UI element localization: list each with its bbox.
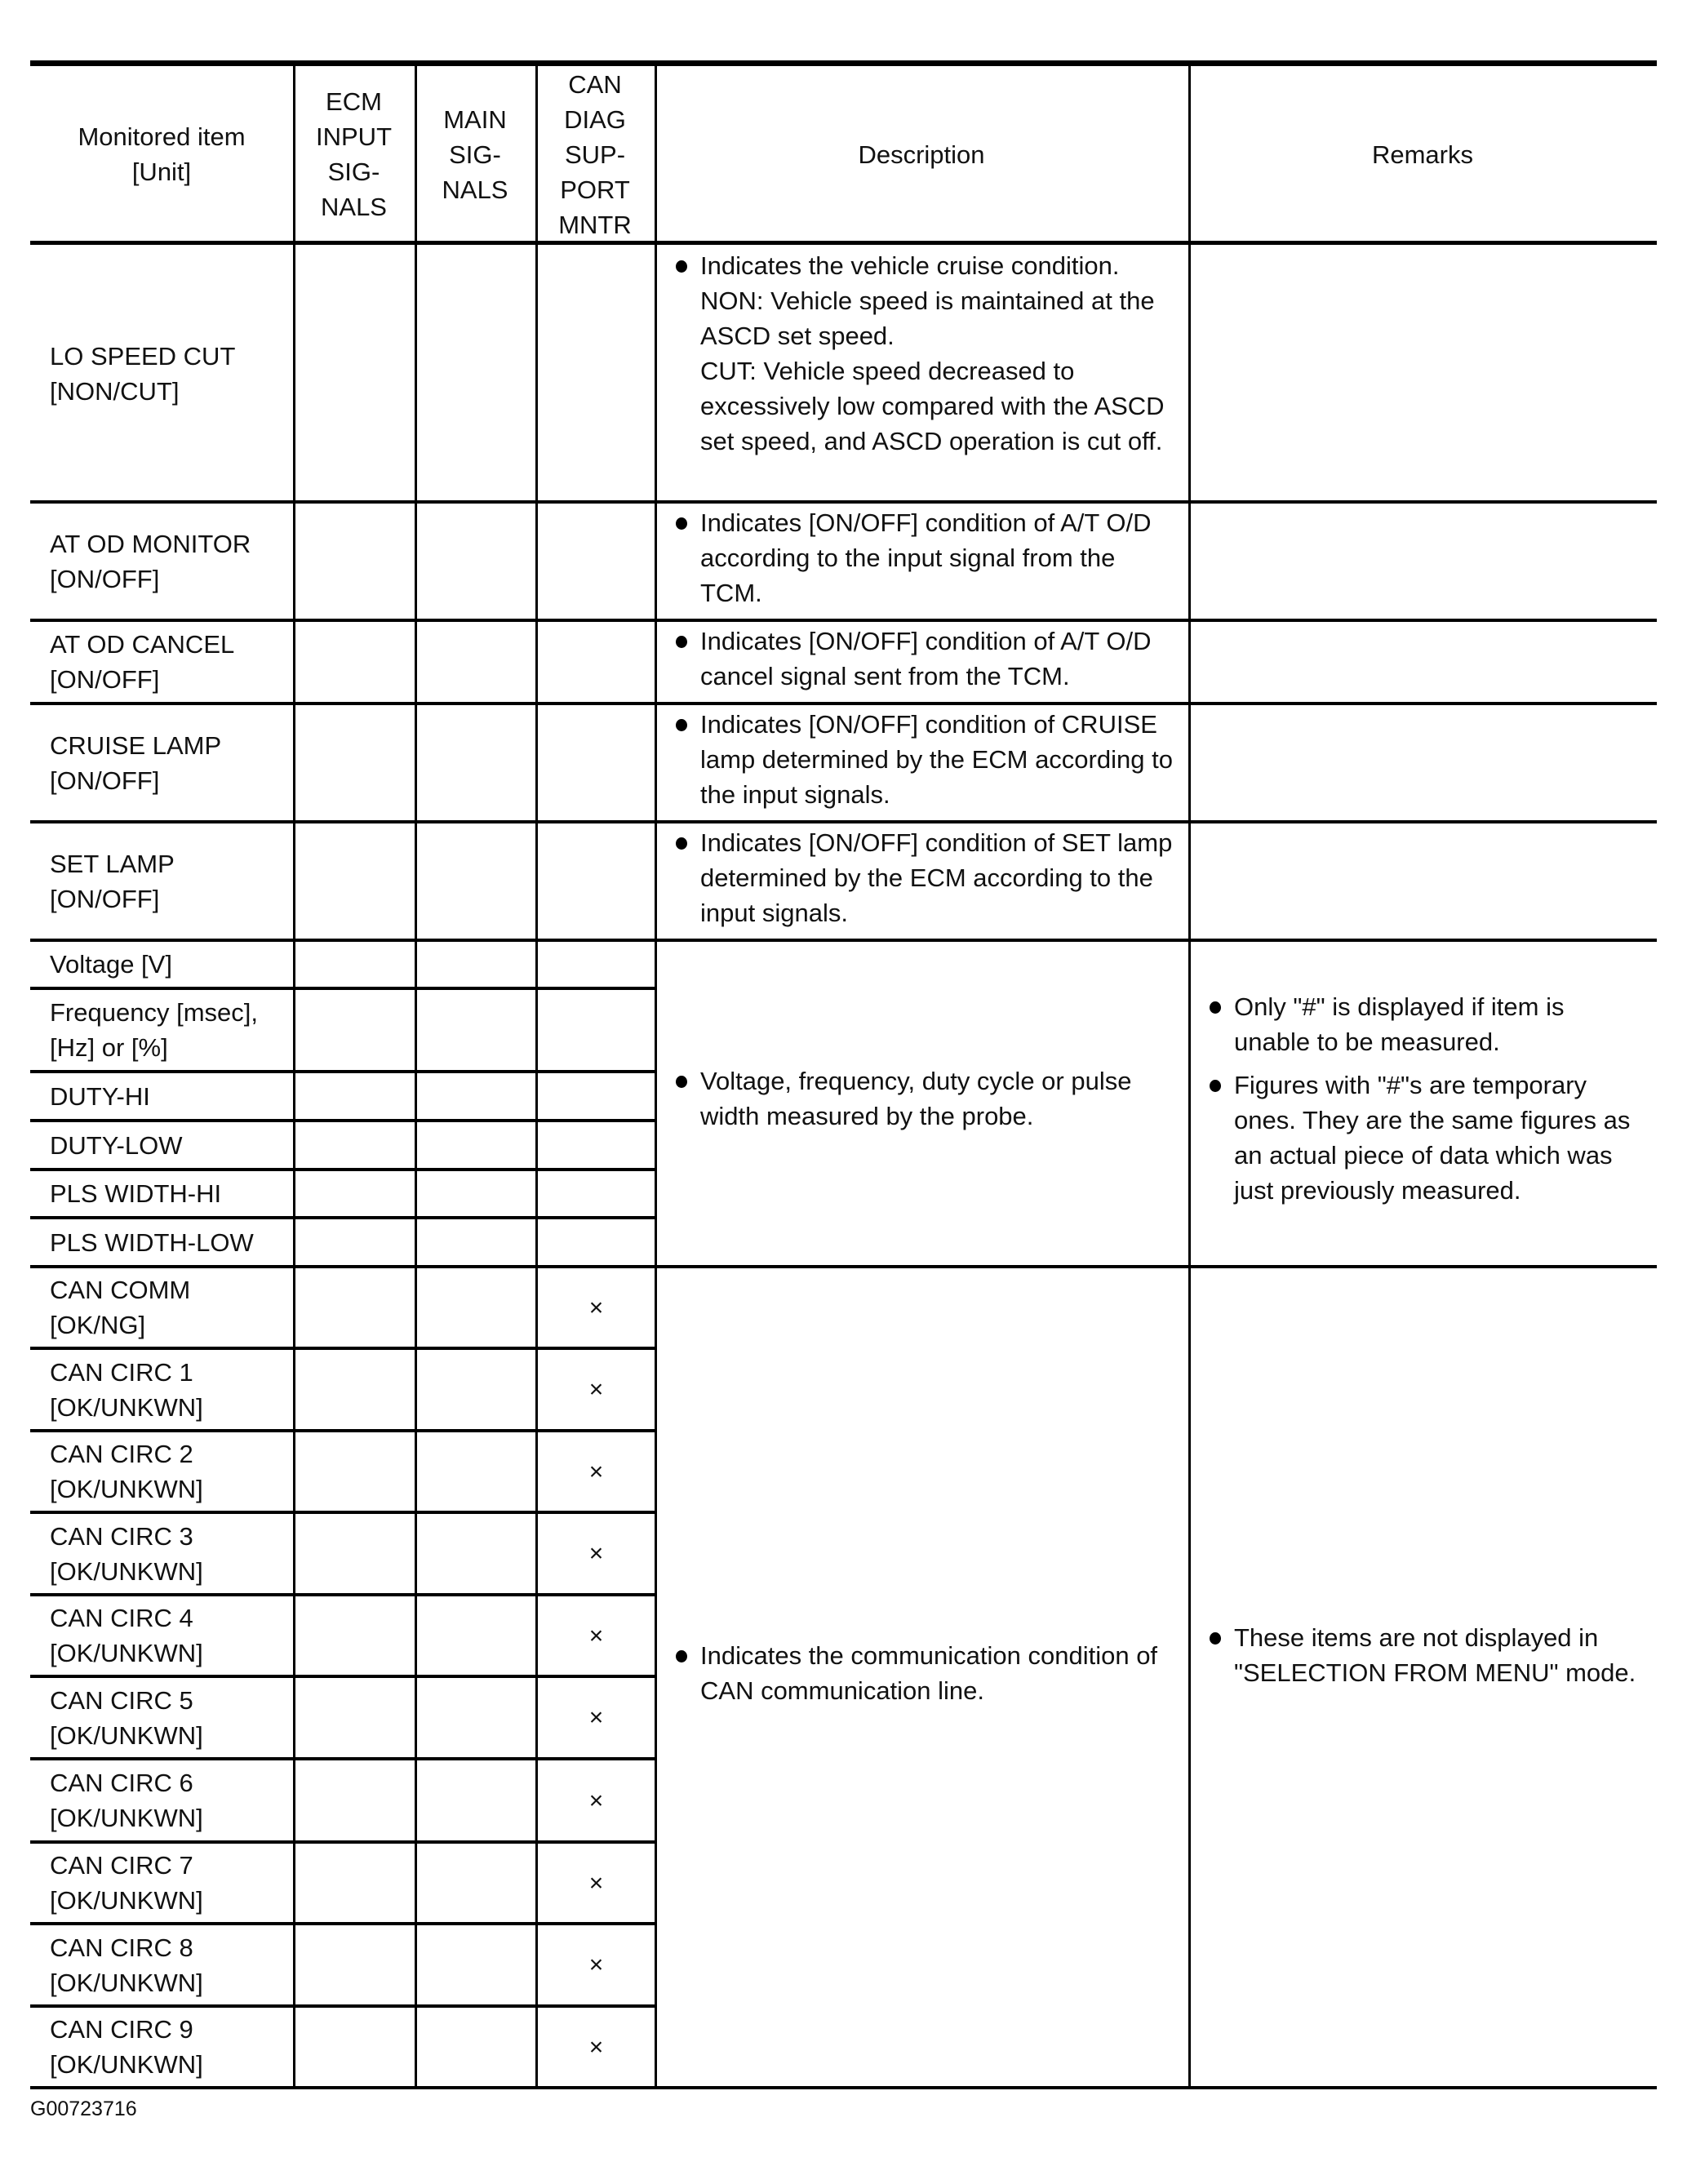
- header-remarks: Remarks: [1188, 65, 1657, 243]
- monitored-item-label: CRUISE LAMP [ON/OFF]: [50, 728, 221, 798]
- header-label: MAIN SIG- NALS: [442, 102, 508, 207]
- can-support-mark: [538, 1219, 655, 1265]
- description-bullet: Indicates [ON/OFF] condition of A/T O/D …: [673, 505, 1177, 610]
- main-support-mark: [417, 1073, 535, 1119]
- main-support-mark: [417, 1514, 535, 1593]
- can-support-mark: ×: [538, 1925, 655, 2004]
- main-support-mark: [417, 705, 535, 820]
- remark-bullet: These items are not displayed in "SELECT…: [1206, 1620, 1645, 1690]
- description-cruise-lamp: Indicates [ON/OFF] condition of CRUISE l…: [655, 707, 1188, 820]
- main-support-mark: [417, 1678, 535, 1757]
- table-row-item: AT OD CANCEL [ON/OFF]: [30, 622, 293, 702]
- table-row-item: PLS WIDTH-LOW: [30, 1219, 293, 1265]
- main-support-mark: [417, 2008, 535, 2086]
- description-detail-non: NON: Vehicle speed is maintained at the …: [673, 283, 1177, 353]
- description-bullet: Voltage, frequency, duty cycle or pulse …: [673, 1063, 1177, 1134]
- description-probe-group: Voltage, frequency, duty cycle or pulse …: [655, 1063, 1188, 1145]
- monitored-item-label: CAN CIRC 4 [OK/UNKWN]: [50, 1600, 203, 1671]
- can-support-mark: [538, 705, 655, 820]
- monitored-item-label: Voltage [V]: [50, 947, 172, 982]
- ecm-support-mark: [295, 990, 415, 1070]
- can-support-mark: [538, 622, 655, 702]
- table-row-item: LO SPEED CUT [NON/CUT]: [30, 246, 293, 500]
- description-bullet: Indicates the vehicle cruise condition.: [673, 248, 1177, 283]
- can-support-mark: [538, 1171, 655, 1216]
- table-row-item: CAN CIRC 8 [OK/UNKWN]: [30, 1925, 293, 2004]
- ecm-support-mark: [295, 1432, 415, 1511]
- can-support-mark: ×: [538, 1514, 655, 1593]
- main-support-mark: [417, 622, 535, 702]
- monitored-item-label: CAN CIRC 6 [OK/UNKWN]: [50, 1765, 203, 1836]
- header-label: ECM INPUT SIG- NALS: [316, 84, 392, 224]
- table-row-item: CAN CIRC 6 [OK/UNKWN]: [30, 1760, 293, 1840]
- main-support-mark: [417, 1844, 535, 1922]
- ecm-support-mark: [295, 1350, 415, 1429]
- header-label: CAN DIAG SUP- PORT MNTR: [558, 67, 632, 242]
- description-bullet: Indicates [ON/OFF] condition of A/T O/D …: [673, 624, 1177, 694]
- monitored-item-label: CAN COMM [OK/NG]: [50, 1272, 190, 1343]
- table-row-item: CAN CIRC 3 [OK/UNKWN]: [30, 1514, 293, 1593]
- table-row-item: CAN CIRC 1 [OK/UNKWN]: [30, 1350, 293, 1429]
- can-support-mark: [538, 1122, 655, 1168]
- table-rule: [30, 2086, 1657, 2089]
- header-description: Description: [655, 65, 1188, 243]
- ecm-support-mark: [295, 1219, 415, 1265]
- table-row-item: PLS WIDTH-HI: [30, 1171, 293, 1216]
- description-at-od-monitor: Indicates [ON/OFF] condition of A/T O/D …: [655, 505, 1188, 619]
- monitored-item-label: CAN CIRC 5 [OK/UNKWN]: [50, 1683, 203, 1753]
- table-row-item: Voltage [V]: [30, 942, 293, 987]
- monitored-item-label: LO SPEED CUT [NON/CUT]: [50, 339, 235, 409]
- ecm-support-mark: [295, 1514, 415, 1593]
- main-support-mark: [417, 1268, 535, 1347]
- table-row-item: SET LAMP [ON/OFF]: [30, 823, 293, 939]
- description-lo-speed-cut: Indicates the vehicle cruise condition. …: [655, 248, 1188, 500]
- header-label: Monitored item [Unit]: [78, 119, 245, 189]
- table-row-item: DUTY-HI: [30, 1073, 293, 1119]
- monitored-item-label: CAN CIRC 2 [OK/UNKWN]: [50, 1436, 203, 1507]
- table-row-item: CAN COMM [OK/NG]: [30, 1268, 293, 1347]
- monitored-item-label: PLS WIDTH-LOW: [50, 1225, 254, 1260]
- description-detail-cut: CUT: Vehicle speed decreased to excessiv…: [673, 353, 1177, 459]
- monitored-item-label: CAN CIRC 1 [OK/UNKWN]: [50, 1355, 203, 1425]
- table-row-item: CAN CIRC 4 [OK/UNKWN]: [30, 1596, 293, 1675]
- monitored-item-label: CAN CIRC 7 [OK/UNKWN]: [50, 1848, 203, 1918]
- ecm-support-mark: [295, 1844, 415, 1922]
- monitored-item-label: AT OD CANCEL [ON/OFF]: [50, 627, 234, 697]
- header-label: Remarks: [1372, 137, 1473, 172]
- can-support-mark: ×: [538, 1432, 655, 1511]
- monitored-item-label: PLS WIDTH-HI: [50, 1176, 221, 1211]
- remark-bullet: Only "#" is displayed if item is unable …: [1206, 989, 1645, 1059]
- table-row-item: CAN CIRC 5 [OK/UNKWN]: [30, 1678, 293, 1757]
- main-support-mark: [417, 1122, 535, 1168]
- main-support-mark: [417, 1171, 535, 1216]
- monitored-item-label: CAN CIRC 8 [OK/UNKWN]: [50, 1930, 203, 2000]
- can-support-mark: ×: [538, 1596, 655, 1675]
- monitored-item-label: DUTY-HI: [50, 1079, 150, 1114]
- ecm-support-mark: [295, 705, 415, 820]
- ecm-support-mark: [295, 1122, 415, 1168]
- table-row-item: CAN CIRC 7 [OK/UNKWN]: [30, 1844, 293, 1922]
- main-support-mark: [417, 990, 535, 1070]
- ecm-support-mark: [295, 1268, 415, 1347]
- main-support-mark: [417, 823, 535, 939]
- monitored-item-label: DUTY-LOW: [50, 1128, 182, 1163]
- can-support-mark: [538, 1073, 655, 1119]
- ecm-support-mark: [295, 1678, 415, 1757]
- remarks-probe-group: Only "#" is displayed if item is unable …: [1188, 989, 1657, 1234]
- main-support-mark: [417, 1350, 535, 1429]
- ecm-support-mark: [295, 942, 415, 987]
- table-row-item: CAN CIRC 9 [OK/UNKWN]: [30, 2008, 293, 2086]
- header-main-signals: MAIN SIG- NALS: [415, 65, 535, 243]
- description-set-lamp: Indicates [ON/OFF] condition of SET lamp…: [655, 825, 1188, 939]
- can-support-mark: [538, 942, 655, 987]
- table-row-item: CRUISE LAMP [ON/OFF]: [30, 705, 293, 820]
- ecm-support-mark: [295, 504, 415, 619]
- ecm-support-mark: [295, 1596, 415, 1675]
- service-manual-page: Monitored item [Unit] ECM INPUT SIG- NAL…: [0, 0, 1687, 2184]
- description-can-group: Indicates the communication condition of…: [655, 1638, 1188, 1720]
- header-monitored-item: Monitored item [Unit]: [30, 65, 293, 243]
- main-support-mark: [417, 1432, 535, 1511]
- can-support-mark: [538, 246, 655, 500]
- table-row-item: Frequency [msec], [Hz] or [%]: [30, 990, 293, 1070]
- remarks-can-group: These items are not displayed in "SELECT…: [1188, 1620, 1657, 1742]
- main-support-mark: [417, 942, 535, 987]
- monitored-item-label: SET LAMP [ON/OFF]: [50, 846, 175, 917]
- can-support-mark: ×: [538, 1760, 655, 1840]
- ecm-support-mark: [295, 2008, 415, 2086]
- can-support-mark: [538, 823, 655, 939]
- can-support-mark: ×: [538, 1350, 655, 1429]
- description-bullet: Indicates [ON/OFF] condition of CRUISE l…: [673, 707, 1177, 812]
- ecm-support-mark: [295, 1073, 415, 1119]
- main-support-mark: [417, 1219, 535, 1265]
- description-at-od-cancel: Indicates [ON/OFF] condition of A/T O/D …: [655, 624, 1188, 702]
- description-bullet: Indicates [ON/OFF] condition of SET lamp…: [673, 825, 1177, 930]
- ecm-support-mark: [295, 823, 415, 939]
- description-bullet: Indicates the communication condition of…: [673, 1638, 1177, 1708]
- main-support-mark: [417, 246, 535, 500]
- can-support-mark: ×: [538, 1844, 655, 1922]
- monitored-item-label: AT OD MONITOR [ON/OFF]: [50, 526, 251, 597]
- main-support-mark: [417, 1925, 535, 2004]
- monitored-item-label: CAN CIRC 3 [OK/UNKWN]: [50, 1519, 203, 1589]
- ecm-support-mark: [295, 246, 415, 500]
- can-support-mark: [538, 990, 655, 1070]
- main-support-mark: [417, 504, 535, 619]
- header-can-diag-support-mntr: CAN DIAG SUP- PORT MNTR: [535, 65, 655, 243]
- ecm-support-mark: [295, 1171, 415, 1216]
- ecm-support-mark: [295, 1925, 415, 2004]
- can-support-mark: ×: [538, 2008, 655, 2086]
- figure-id: G00723716: [30, 2097, 137, 2121]
- monitored-item-label: Frequency [msec], [Hz] or [%]: [50, 995, 258, 1065]
- can-support-mark: ×: [538, 1678, 655, 1757]
- ecm-support-mark: [295, 622, 415, 702]
- can-support-mark: ×: [538, 1268, 655, 1347]
- header-ecm-input-signals: ECM INPUT SIG- NALS: [293, 65, 415, 243]
- main-support-mark: [417, 1760, 535, 1840]
- table-row-item: DUTY-LOW: [30, 1122, 293, 1168]
- table-row-item: AT OD MONITOR [ON/OFF]: [30, 504, 293, 619]
- ecm-support-mark: [295, 1760, 415, 1840]
- monitored-item-label: CAN CIRC 9 [OK/UNKWN]: [50, 2012, 203, 2082]
- table-row-item: CAN CIRC 2 [OK/UNKWN]: [30, 1432, 293, 1511]
- can-support-mark: [538, 504, 655, 619]
- remark-bullet: Figures with "#"s are temporary ones. Th…: [1206, 1068, 1645, 1208]
- main-support-mark: [417, 1596, 535, 1675]
- header-label: Description: [858, 137, 984, 172]
